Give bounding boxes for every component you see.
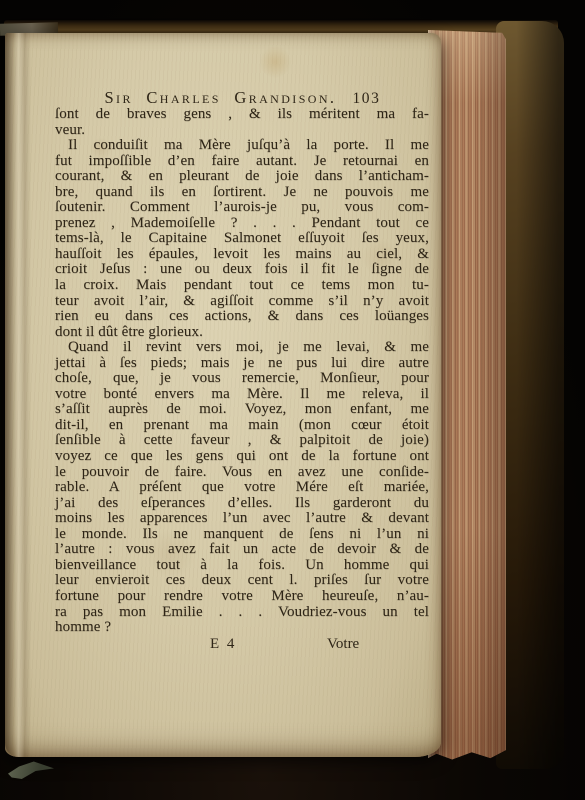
text-line: ra pas mon Emilie . . . Voudriez-vous un… xyxy=(55,605,429,621)
text-line: ſoutenir. Comment l’aurois-je pu, vous c… xyxy=(55,200,429,216)
book-photo: Sir Charles Grandison.103 ſont de braves… xyxy=(0,0,585,800)
text-line: ſont de braves gens , & ils méritent ma … xyxy=(55,107,429,123)
body-text: ſont de braves gens , & ils méritent ma … xyxy=(55,107,429,636)
text-line: fortune pour rendre votre Mère heureuſe,… xyxy=(55,589,429,605)
text-line: Quand il revint vers moi, je me levai, &… xyxy=(55,340,429,356)
page-footer: E 4 Votre xyxy=(55,636,429,654)
text-line: bre, quand ils en ſortirent. Je ne pouvo… xyxy=(55,185,429,201)
text-line: hauſſoit les épaules, levoit les mains a… xyxy=(55,247,429,263)
text-line: Il conduiſit ma Mère juſqu’à la porte. I… xyxy=(55,138,429,154)
text-line: bienveillance tout à la fois. Un homme q… xyxy=(55,558,429,574)
text-line: homme ? xyxy=(55,620,429,636)
text-line: crioit Jeſus : une ou deux fois il fit l… xyxy=(55,262,429,278)
text-line: leur envieroit ces deux cent l. priſes ſ… xyxy=(55,573,429,589)
text-line: prenez , Mademoiſelle ? . . . Pendant to… xyxy=(55,216,429,232)
text-line: choſe, que, je vous remercie, Monſieur, … xyxy=(55,371,429,387)
page-header: Sir Charles Grandison.103 xyxy=(55,88,430,108)
text-line: s’aſſit auprès de moi. Voyez, mon enfant… xyxy=(55,402,429,418)
text-line: teur avoit l’air, & agiſſoit comme s’il … xyxy=(55,294,429,310)
text-line: rable. A préſent que votre Mére eſt mari… xyxy=(55,480,429,496)
text-line: le pouvoir de faire. Vous en avez une co… xyxy=(55,465,429,481)
signature-mark: E 4 xyxy=(210,636,236,653)
text-line: jettai à ſes pieds; mais je ne pus lui d… xyxy=(55,356,429,372)
text-line: dit-il, en prenant ma main (mon cœur éto… xyxy=(55,418,429,434)
printed-text-layer: Sir Charles Grandison.103 ſont de braves… xyxy=(0,0,585,800)
text-line: courant, & en pleurant de joie dans l’an… xyxy=(55,169,429,185)
text-line: j’ai des eſperances d’elles. Ils gardero… xyxy=(55,496,429,512)
text-line: rien eu dans ces actions, & dans ces loü… xyxy=(55,309,429,325)
text-line: l’autre : vous avez fait un acte de devo… xyxy=(55,542,429,558)
text-line: votre bonté envers ma Mère. Il me releva… xyxy=(55,387,429,403)
text-line: dont il dût être glorieux. xyxy=(55,325,429,341)
text-line: veur. xyxy=(55,123,429,139)
text-line: le monde. Ils ne manquent de ſens ni l’u… xyxy=(55,527,429,543)
text-line: la croix. Mais pendant tout ce tems mon … xyxy=(55,278,429,294)
catchword: Votre xyxy=(327,636,359,653)
text-line: moins les apparences l’un avec l’autre &… xyxy=(55,511,429,527)
text-line: voyez ce que les gens qui ont de la fort… xyxy=(55,449,429,465)
page-number: 103 xyxy=(352,90,380,107)
text-line: fut impoſſible d’en faire autant. Je ret… xyxy=(55,154,429,170)
text-line: tems-là, le Capitaine Salmonet eſſuyoit … xyxy=(55,231,429,247)
text-line: ſenſible à cette faveur , & palpitoit de… xyxy=(55,433,429,449)
running-title: Sir Charles Grandison. xyxy=(104,88,336,107)
